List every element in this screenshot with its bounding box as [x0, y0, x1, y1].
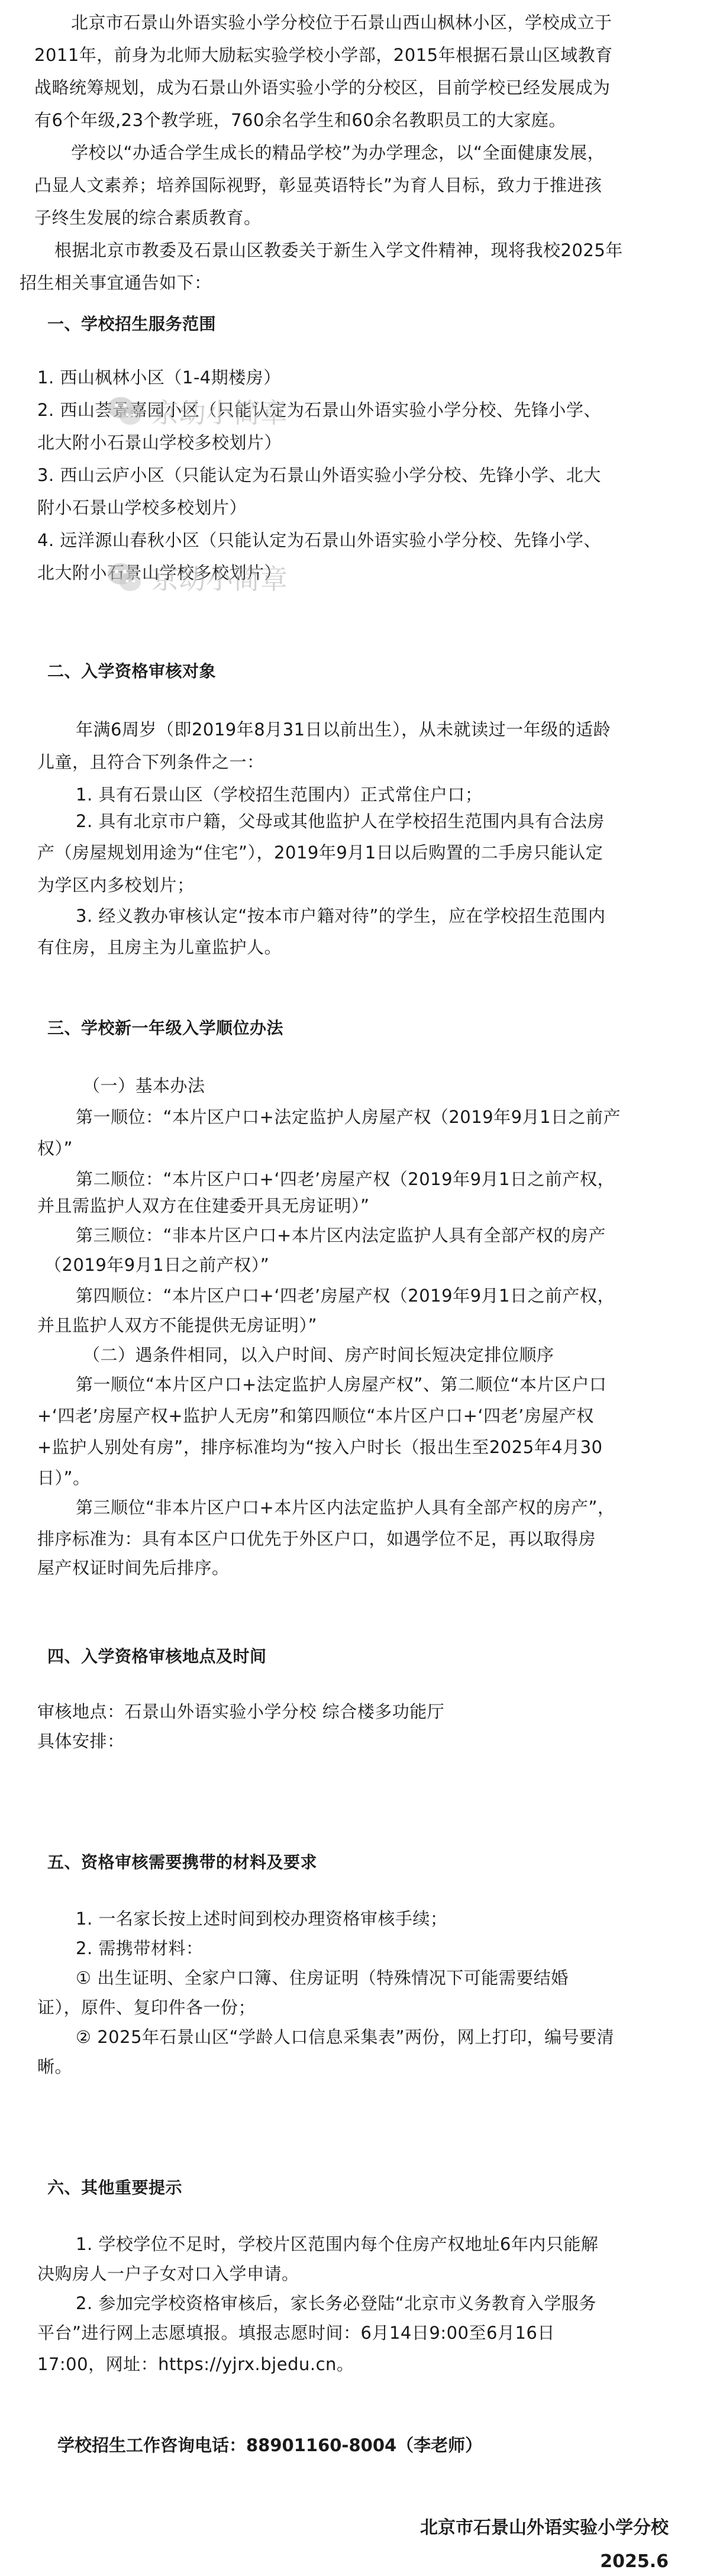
text-line: +‘四老’房屋产权+监护人无房”和第四顺位“本片区户口+‘四老’房屋产权 [37, 1405, 594, 1426]
list-item: 1. 西山枫林小区（1-4期楼房） [37, 367, 281, 388]
text-line: 2011年，前身为北师大励耘实验学校小学部，2015年根据石景山区域教育 [34, 44, 613, 66]
signature-school: 北京市石景山外语实验小学分校 [420, 2517, 669, 2539]
text-line: 为学区内多校划片； [37, 874, 195, 896]
list-item: ② 2025年石景山区“学龄人口信息采集表”两份，网上打印，编号要清 [76, 2026, 614, 2048]
subheading: （二）遇条件相同，以入户时间、房产时间长短决定排位顺序 [83, 1344, 554, 1366]
text-line: 有住房，且房主为儿童监护人。 [37, 937, 282, 958]
website-link[interactable]: 17:00，网址：https://yjrx.bjedu.cn。 [37, 2354, 354, 2375]
list-item: 1. 具有石景山区（学校招生范围内）正式常住户口； [76, 784, 482, 805]
list-item: 1. 学校学位不足时，学校片区范围内每个住房产权地址6年内只能解 [76, 2233, 598, 2255]
text-line: 晰。 [37, 2056, 72, 2077]
text-line: 年满6周岁（即2019年8月31日以前出生），从未就读过一年级的适龄 [76, 719, 611, 740]
list-item: 1. 一名家长按上述时间到校办理资格审核手续； [76, 1908, 447, 1929]
text-line: 证），原件、复印件各一份； [37, 1997, 256, 2018]
text-line: 第三顺位：“非本片区户口+本片区内法定监护人具有全部产权的房产 [76, 1225, 606, 1246]
list-item: ① 出生证明、全家户口簿、住房证明（特殊情况下可能需要结婚 [76, 1967, 569, 1989]
list-item: 2. 西山荟景嘉园小区（只能认定为石景山外语实验小学分校、先锋小学、 [37, 399, 601, 421]
text-line: 凸显人文素养；培养国际视野，彰显英语特长”为育人目标，致力于推进孩 [34, 175, 602, 196]
signature-date: 2025.6 [600, 2551, 669, 2572]
list-item: 3. 经义教办审核认定“按本市户籍对待”的学生，应在学校招生范围内 [76, 905, 605, 927]
text-line: 审核地点：石景山外语实验小学分校 综合楼多功能厅 [37, 1701, 444, 1722]
text-line: 儿童，且符合下列条件之一： [37, 751, 264, 773]
text-line: 根据北京市教委及石景山区教委关于新生入学文件精神，现将我校2025年 [54, 240, 623, 261]
section-3-heading: 三、学校新一年级入学顺位办法 [47, 1018, 283, 1039]
text-line: 权）” [37, 1138, 73, 1159]
text-line: 屋产权证时间先后排序。 [37, 1557, 230, 1578]
text-line: 学校以“办适合学生成长的精品学校”为办学理念，以“全面健康发展， [71, 142, 605, 163]
text-line: 排序标准为：具有本区户口优先于外区户口，如遇学位不足，再以取得房 [37, 1528, 596, 1550]
text-line: 北京市石景山外语实验小学分校位于石景山西山枫林小区，学校成立于 [71, 12, 612, 33]
list-item: 北大附小石景山学校多校划片） [37, 432, 282, 453]
text-line: 第一顺位“本片区户口+法定监护人房屋产权”、第二顺位“本片区户口 [76, 1374, 606, 1395]
contact-phone: 学校招生工作咨询电话：88901160-8004（李老师） [57, 2435, 482, 2456]
section-5-heading: 五、资格审核需要携带的材料及要求 [47, 1852, 317, 1873]
list-item: 2. 需携带材料： [76, 1938, 203, 1959]
list-item: 北大附小石景山学校多校划片） [37, 562, 282, 583]
text-line: （2019年9月1日之前产权）” [44, 1254, 269, 1276]
text-line: 战略统筹规划，成为石景山外语实验小学的分校区，目前学校已经发展成为 [34, 77, 611, 98]
section-4-heading: 四、入学资格审核地点及时间 [47, 1646, 267, 1667]
text-line: 并且需监护人双方在住建委开具无房证明）” [37, 1195, 370, 1216]
text-line: 第一顺位：“本片区户口+法定监护人房屋产权（2019年9月1日之前产 [76, 1106, 621, 1128]
text-line: 有6个年级,23个教学班，760余名学生和60余名教职员工的大家庭。 [34, 109, 566, 131]
list-item: 2. 具有北京市户籍，父母或其他监护人在学校招生范围内具有合法房 [76, 811, 605, 832]
section-1-heading: 一、学校招生服务范围 [47, 314, 216, 335]
text-line: 产（房屋规划用途为“住宅”），2019年9月1日以后购置的二手房只能认定 [37, 842, 603, 863]
text-line: 第二顺位：“本片区户口+‘四老’房屋产权（2019年9月1日之前产权， [76, 1168, 615, 1190]
section-2-heading: 二、入学资格审核对象 [47, 661, 216, 682]
section-6-heading: 六、其他重要提示 [47, 2177, 182, 2199]
list-item: 4. 远洋源山春秋小区（只能认定为石景山外语实验小学分校、先锋小学、 [37, 530, 601, 551]
text-line: 具体安排： [37, 1731, 125, 1752]
text-line: 并且监护人双方不能提供无房证明）” [37, 1315, 317, 1336]
text-line: 第三顺位“非本片区户口+本片区内法定监护人具有全部产权的房产”， [76, 1497, 615, 1518]
list-item: 3. 西山云庐小区（只能认定为石景山外语实验小学分校、先锋小学、北大 [37, 464, 601, 486]
text-line: 子终生发展的综合素质教育。 [34, 207, 262, 228]
text-line: 决购房人一户子女对口入学申请。 [37, 2263, 299, 2284]
text-line: 平台”进行网上志愿填报。填报志愿时间：6月14日9:00至6月16日 [37, 2322, 555, 2343]
text-line: 招生相关事宜通告如下： [20, 272, 212, 293]
subheading: （一）基本办法 [83, 1075, 205, 1096]
list-item: 2. 参加完学校资格审核后，家长务必登陆“北京市义务教育入学服务 [76, 2293, 596, 2314]
text-line: 日）”。 [37, 1467, 91, 1489]
list-item: 附小石景山学校多校划片） [37, 497, 247, 518]
text-line: 第四顺位：“本片区户口+‘四老’房屋产权（2019年9月1日之前产权， [76, 1285, 615, 1306]
text-line: +监护人别处有房”，排序标准均为“按入户时长（报出生至2025年4月30 [37, 1437, 603, 1458]
